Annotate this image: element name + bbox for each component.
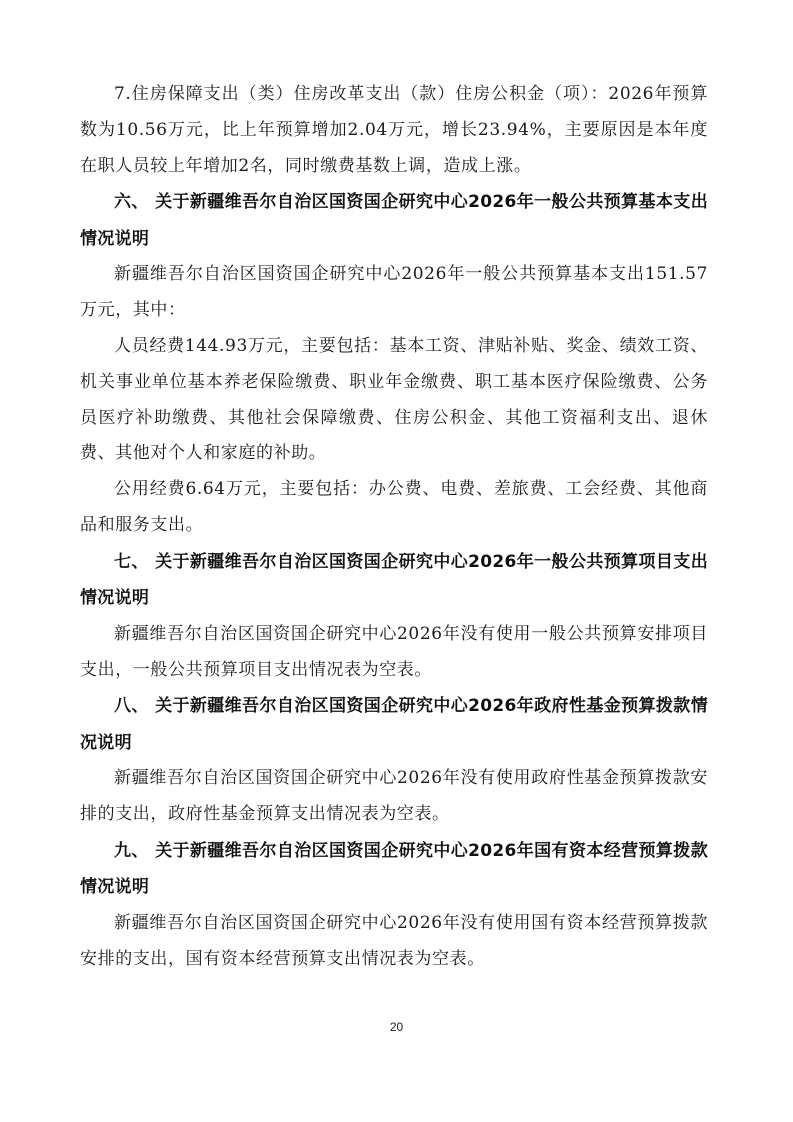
- paragraph-project-expenditure: 新疆维吾尔自治区国资国企研究中心2026年没有使用一般公共预算安排项目支出，一般…: [80, 617, 708, 689]
- document-body: 7.住房保障支出（类）住房改革支出（款）住房公积金（项）：2026年预算数为10…: [80, 77, 708, 978]
- paragraph-government-fund: 新疆维吾尔自治区国资国企研究中心2026年没有使用政府性基金预算拨款安排的支出，…: [80, 761, 708, 833]
- page-number: 20: [0, 1020, 793, 1034]
- paragraph-basic-expenditure-total: 新疆维吾尔自治区国资国企研究中心2026年一般公共预算基本支出151.57万元，…: [80, 257, 708, 329]
- section-heading-8: 八、 关于新疆维吾尔自治区国资国企研究中心2026年政府性基金预算拨款情况说明: [80, 688, 708, 761]
- section-heading-7: 七、 关于新疆维吾尔自治区国资国企研究中心2026年一般公共预算项目支出情况说明: [80, 544, 708, 617]
- paragraph-public-expenses: 公用经费6.64万元，主要包括：办公费、电费、差旅费、工会经费、其他商品和服务支…: [80, 472, 708, 544]
- paragraph-housing-fund: 7.住房保障支出（类）住房改革支出（款）住房公积金（项）：2026年预算数为10…: [80, 77, 708, 184]
- section-heading-6: 六、 关于新疆维吾尔自治区国资国企研究中心2026年一般公共预算基本支出情况说明: [80, 184, 708, 257]
- section-heading-9: 九、 关于新疆维吾尔自治区国资国企研究中心2026年国有资本经营预算拨款情况说明: [80, 833, 708, 906]
- paragraph-state-capital: 新疆维吾尔自治区国资国企研究中心2026年没有使用国有资本经营预算拨款安排的支出…: [80, 906, 708, 978]
- paragraph-personnel-expenses: 人员经费144.93万元，主要包括：基本工资、津贴补贴、奖金、绩效工资、机关事业…: [80, 329, 708, 472]
